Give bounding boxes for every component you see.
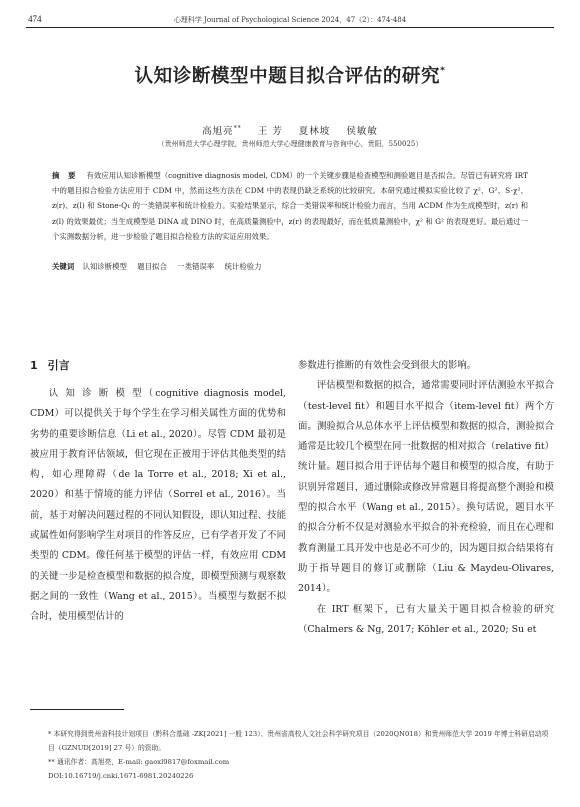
left-column: 1引言 认 知 诊 断 模 型（cognitive diagnosis mode… xyxy=(30,356,286,628)
doi: DOI:10.16719/j.cnki.1671-6981.20240226 xyxy=(30,769,550,783)
footnotes: * 本研究得到贵州省科技计划项目（黔科合基础 -ZK[2021] 一般 123）… xyxy=(30,727,550,783)
journal-citation: 心理科学 Journal of Psychological Science 20… xyxy=(28,15,552,25)
corresponding-mark: ** xyxy=(234,125,242,132)
keyword: 统计检验力 xyxy=(225,262,262,271)
author-list: 高旭亮** 王 芳 夏林坡 侯敏敏 xyxy=(0,123,580,137)
section-heading: 1引言 xyxy=(30,356,286,384)
abstract: 摘 要有效应用认知诊断模型（cognitive diagnosis model,… xyxy=(52,168,528,244)
keyword: 一类错误率 xyxy=(177,262,214,271)
keywords: 关键词 认知诊断模型 题目拟合 一类错误率 统计检验力 xyxy=(52,261,528,272)
keyword: 认知诊断模型 xyxy=(83,262,127,271)
footnote-rule xyxy=(30,709,124,710)
body-paragraph: 认 知 诊 断 模 型（cognitive diagnosis model, C… xyxy=(30,384,286,628)
right-column: 参数进行推断的有效性会受到很大的影响。 评估模型和数据的拟合，通常需要同时评估测… xyxy=(298,356,554,640)
author-name: 夏林坡 xyxy=(299,126,331,137)
running-header: 474 心理科学 Journal of Psychological Scienc… xyxy=(28,14,552,28)
body-paragraph-continuation: 参数进行推断的有效性会受到很大的影响。 xyxy=(298,356,554,376)
author-name: 高旭亮** xyxy=(202,126,242,137)
funding-note: * 本研究得到贵州省科技计划项目（黔科合基础 -ZK[2021] 一般 123）… xyxy=(30,727,550,755)
abstract-text: 有效应用认知诊断模型（cognitive diagnosis model, CD… xyxy=(52,171,528,241)
header-rule xyxy=(26,27,554,28)
body-paragraph: 评估模型和数据的拟合，通常需要同时评估测验水平拟合（test-level fit… xyxy=(298,376,554,599)
corresponding-author-note: ** 通讯作者：高旭亮，E-mail: gaoxl9817@foxmail.co… xyxy=(30,755,550,769)
abstract-label: 摘 要 xyxy=(52,171,78,180)
body-paragraph: 在 IRT 框架下，已有大量关于题目拟合检验的研究（Chalmers & Ng,… xyxy=(298,600,554,641)
author-name: 王 芳 xyxy=(258,126,283,137)
affiliation: （贵州师范大学心理学院，贵州师范大学心理健康教育与咨询中心，贵阳，550025） xyxy=(0,139,580,149)
section-number: 1 xyxy=(30,359,38,372)
keyword: 题目拟合 xyxy=(137,262,167,271)
keywords-label: 关键词 xyxy=(52,262,74,271)
paper-title: 认知诊断模型中题目拟合评估的研究* xyxy=(0,62,580,88)
section-title: 引言 xyxy=(48,359,70,372)
author-name: 侯敏敏 xyxy=(346,126,378,137)
paper-title-text: 认知诊断模型中题目拟合评估的研究 xyxy=(135,66,441,87)
title-footnote-mark: * xyxy=(440,66,445,76)
